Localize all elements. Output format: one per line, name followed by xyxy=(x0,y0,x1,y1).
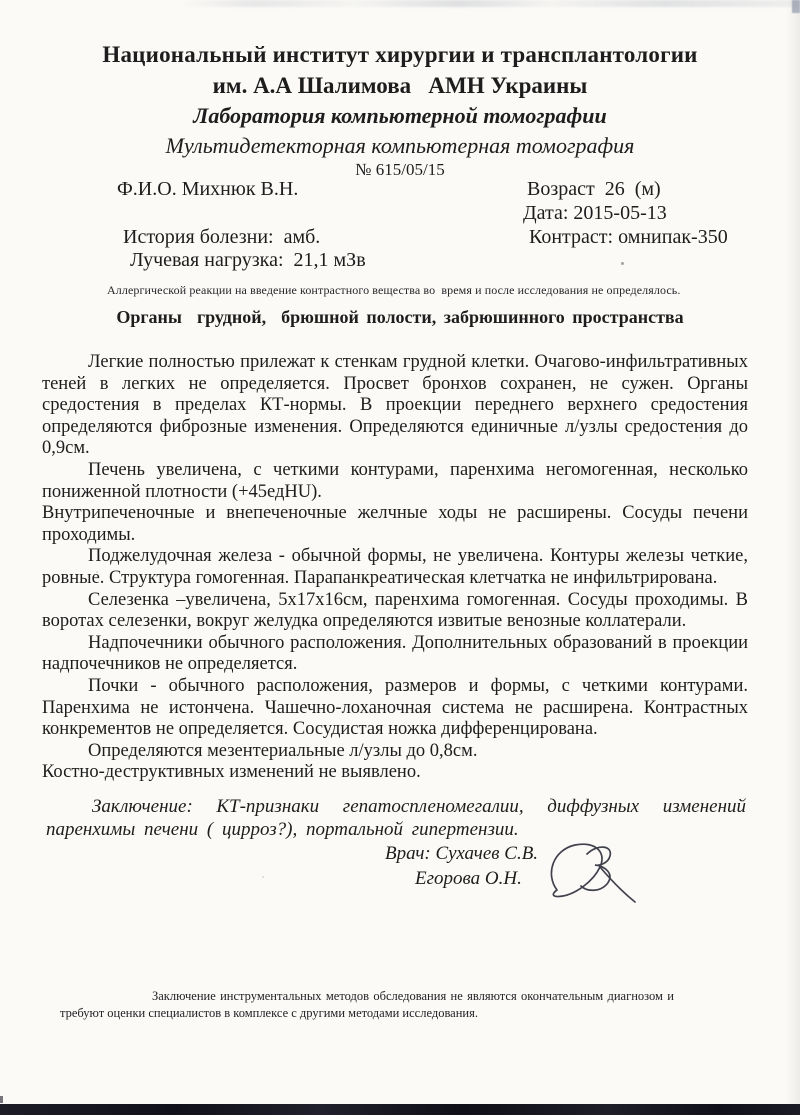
finding-bones: Костно-деструктивных изменений не выявле… xyxy=(42,762,748,784)
signature-handwritten xyxy=(543,840,639,906)
report-number: № 615/05/15 xyxy=(0,160,800,180)
contrast-agent-line: Контраст: омнипак-350 xyxy=(529,226,728,249)
finding-adrenals: Надпочечники обычного расположения. Допо… xyxy=(42,633,748,676)
doctor-name-2: Егорова О.Н. xyxy=(415,868,522,890)
radiation-dose-line: Лучевая нагрузка: 21,1 мЗв xyxy=(130,249,366,272)
scan-left-edge-mark xyxy=(0,1096,3,1103)
scan-bottom-edge-bar xyxy=(0,1104,800,1115)
scan-speck xyxy=(621,262,624,265)
findings-body: Легкие полностью прилежат к стенкам груд… xyxy=(42,352,748,784)
doctor-name-1: Врач: Сухачев С.В. xyxy=(385,843,538,865)
section-title: Органы грудной, брюшной полости, забрюши… xyxy=(0,307,800,328)
finding-spleen: Селезенка –увеличена, 5х17х16см, паренхи… xyxy=(42,590,748,633)
scanned-ct-report-page: Национальный институт хирургии и транспл… xyxy=(0,0,800,1115)
finding-kidneys: Почки - обычного расположения, размеров … xyxy=(42,676,748,741)
scan-top-edge-artifact xyxy=(180,0,800,7)
patient-name-line: Ф.И.О. Михнюк В.Н. xyxy=(117,178,298,201)
footer-disclaimer: Заключение инструментальных методов обсл… xyxy=(60,988,674,1022)
institute-name-line1: Национальный институт хирургии и транспл… xyxy=(0,42,800,68)
allergy-note: Аллергической реакции на введение контра… xyxy=(107,283,680,298)
finding-pancreas: Поджелудочная железа - обычной формы, не… xyxy=(42,546,748,589)
patient-age-line: Возраст 26 (м) xyxy=(527,178,661,201)
case-history-line: История болезни: амб. xyxy=(123,226,320,249)
institute-name-line2: им. А.А Шалимова АМН Украины xyxy=(0,73,800,99)
laboratory-name: Лаборатория компьютерной томографии xyxy=(0,103,800,129)
finding-mesenteric-nodes: Определяются мезентериальные л/узлы до 0… xyxy=(42,741,748,763)
finding-lungs: Легкие полностью прилежат к стенкам груд… xyxy=(42,352,748,460)
modality-name: Мультидетекторная компьютерная томографи… xyxy=(0,133,800,159)
conclusion-paragraph: Заключение: КТ-признаки гепатоспленомега… xyxy=(46,795,746,841)
study-date-line: Дата: 2015-05-13 xyxy=(523,202,667,225)
scan-speck xyxy=(262,876,264,878)
finding-liver: Печень увеличена, с четкими контурами, п… xyxy=(42,460,748,503)
finding-bile-ducts: Внутрипеченочные и внепеченочные желчные… xyxy=(42,503,748,546)
